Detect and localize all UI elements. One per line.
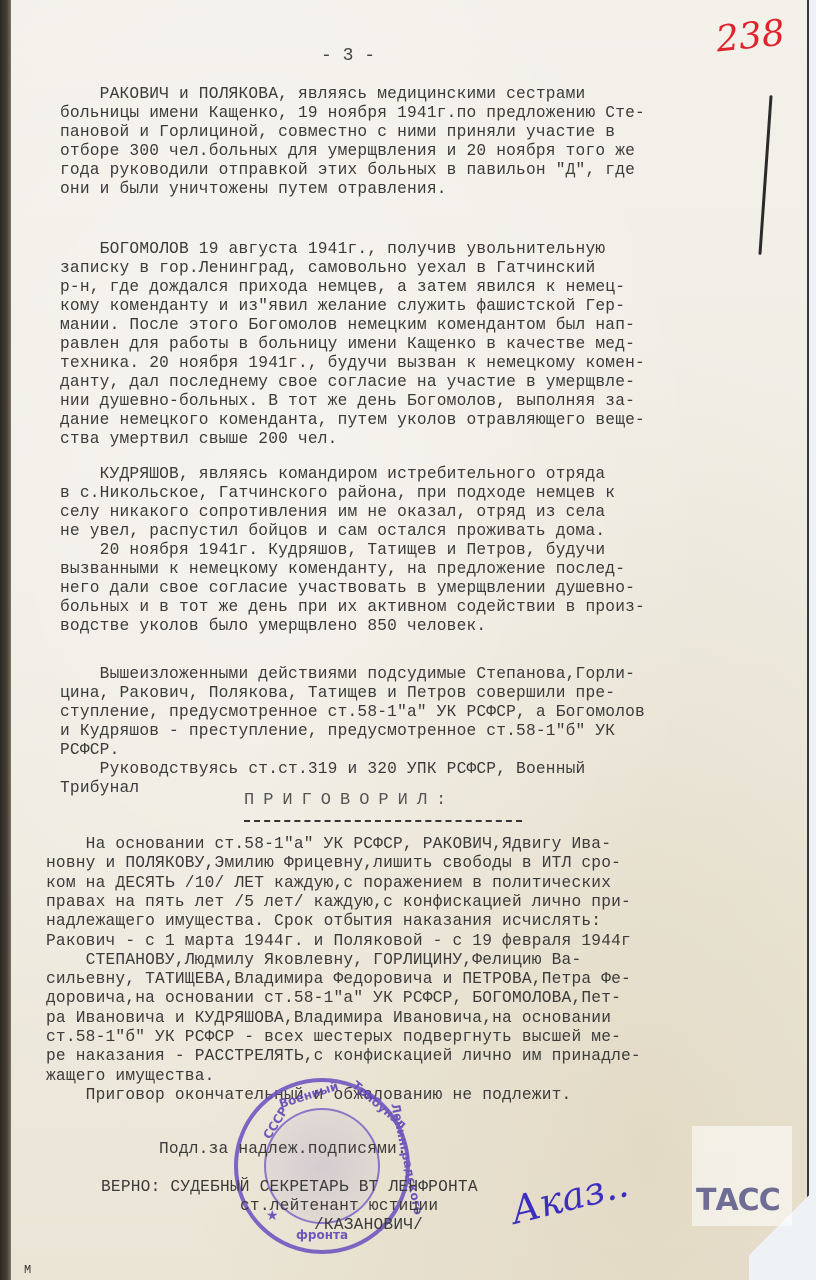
text-line: года руководили отправкой этих больных в…: [60, 161, 635, 180]
text-line: Ракович - с 1 марта 1944г. и Поляковой -…: [46, 932, 631, 951]
text-line: ст.58-1"б" УК РСФСР - всех шестерых подв…: [46, 1028, 621, 1047]
text-line: Вышеизложенными действиями подсудимые Ст…: [60, 665, 635, 684]
text-line: БОГОМОЛОВ 19 августа 1941г., получив уво…: [60, 240, 605, 259]
text-line: новну и ПОЛЯКОВУ,Эмилию Фрицевну,лишить …: [46, 854, 621, 873]
text-line: они и были уничтожены путем отравления.: [60, 180, 447, 199]
text-line: ком на ДЕСЯТЬ /10/ ЛЕТ каждую,с поражени…: [46, 874, 611, 893]
text-line: дание немецкого коменданта, путем уколов…: [60, 411, 645, 430]
verdict-heading: ПРИГОВОРИЛ:: [244, 791, 455, 810]
text-line: в с.Никольское, Гатчинского района, при …: [60, 484, 615, 503]
text-line: доровича,на основании ст.58-1"а" УК РСФС…: [46, 989, 621, 1008]
text-line: водстве уколов было умерщвлено 850 челов…: [60, 617, 486, 636]
page-number: - 3 -: [321, 46, 375, 66]
text-line: РАКОВИЧ и ПОЛЯКОВА, являясь медицинскими…: [60, 85, 585, 104]
text-line: равлен для работы в больницу имени Кащен…: [60, 335, 635, 354]
text-line: больницы имени Кащенко, 19 ноября 1941г.…: [60, 104, 645, 123]
text-line: Трибунал: [60, 779, 139, 798]
text-line: ступление, предусмотренное ст.58-1"а" УК…: [60, 703, 645, 722]
text-line: не увел, распустил бойцов и сам остался …: [60, 522, 605, 541]
tass-logo: ТАСС: [696, 1183, 780, 1218]
text-line: данту, дал последнему свое согласие на у…: [60, 373, 635, 392]
text-line: Руководствуясь ст.ст.319 и 320 УПК РСФСР…: [60, 760, 585, 779]
archive-number-handwritten: 238: [714, 13, 787, 61]
text-line: ре наказания - РАССТРЕЛЯТЬ,с конфискацие…: [46, 1047, 641, 1066]
text-line: записку в гор.Ленинград, самовольно уеха…: [60, 259, 595, 278]
text-line: жащего имущества.: [46, 1067, 215, 1086]
text-line: него дали свое согласие участвовать в ум…: [60, 579, 635, 598]
text-line: цина, Ракович, Полякова, Татищев и Петро…: [60, 684, 615, 703]
text-line: кому коменданту и из"явил желание служит…: [60, 297, 625, 316]
certified-by: ВЕРНО: СУДЕБНЫЙ СЕКРЕТАРЬ ВТ ЛЕНФРОНТА: [101, 1178, 478, 1197]
signer-rank: ст.лейтенант юстиции: [240, 1197, 438, 1216]
signatures-note: Подл.за надлеж.подписями.: [159, 1140, 407, 1159]
text-line: и Кудряшов - преступление, предусмотренн…: [60, 722, 615, 741]
text-line: техника. 20 ноября 1941г., будучи вызван…: [60, 354, 645, 373]
text-line: РСФСР.: [60, 741, 120, 760]
text-line: отборе 300 чел.больных для умерщвления и…: [60, 142, 635, 161]
heading-underline: [244, 820, 522, 822]
text-line: СТЕПАНОВУ,Людмилу Яковлевну, ГОРЛИЦИНУ,Ф…: [46, 951, 581, 970]
corner-mark: М: [24, 1263, 31, 1277]
text-line: мании. После этого Богомолов немецким ко…: [60, 316, 635, 335]
text-line: вызванными к немецкому коменданту, на пр…: [60, 560, 625, 579]
text-line: 20 ноября 1941г. Кудряшов, Татищев и Пет…: [60, 541, 605, 560]
text-line: нии душевно-больных. В тот же день Богом…: [60, 392, 635, 411]
text-line: ра Ивановича и КУДРЯШОВА,Владимира Ивано…: [46, 1009, 611, 1028]
text-line: надлежащего имущества. Срок отбытия нака…: [46, 912, 601, 931]
text-line: правах на пять лет /5 лет/ каждую,с конф…: [46, 893, 631, 912]
text-line: ства умертвил свыше 200 чел.: [60, 430, 338, 449]
text-line: На основании ст.58-1"а" УК РСФСР, РАКОВИ…: [46, 835, 611, 854]
text-line: больных и в тот же день при их активном …: [60, 598, 645, 617]
signer-name: /КАЗАНОВИЧ/: [314, 1216, 423, 1235]
text-line: селу никакого сопротивления им не оказал…: [60, 503, 605, 522]
text-line: пановой и Горлициной, совместно с ними п…: [60, 123, 615, 142]
text-line: сильевну, ТАТИЩЕВА,Владимира Федоровича …: [46, 970, 631, 989]
text-line: КУДРЯШОВ, являясь командиром истребитель…: [60, 465, 605, 484]
text-line: р-н, где дождался прихода немцев, а зате…: [60, 278, 625, 297]
